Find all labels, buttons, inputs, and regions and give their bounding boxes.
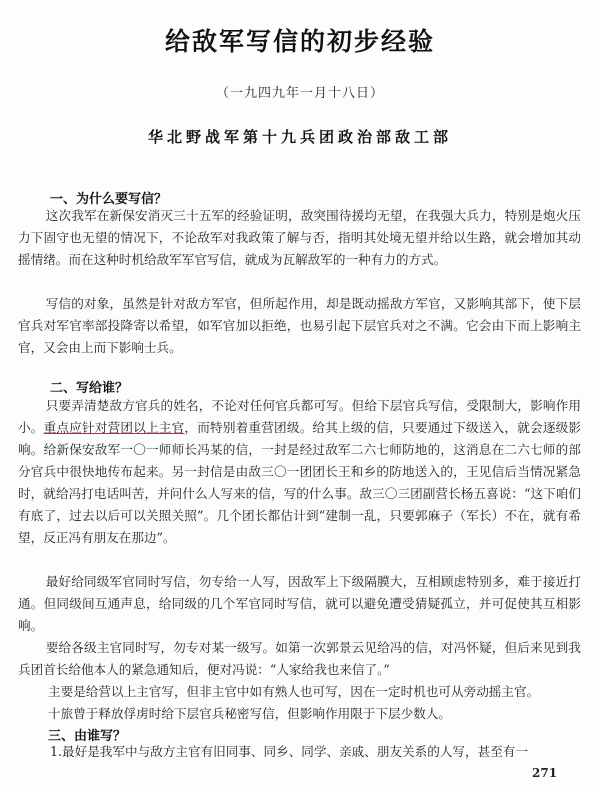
section-heading-2: 二、写给谁？ bbox=[50, 377, 128, 396]
paragraph: 1.最好是我军中与敌方主官有旧同事、同乡、同学、亲戚、朋友关系的人写，甚至有一 bbox=[50, 741, 581, 763]
underlined-emphasis: 重点应针对营团以上主官 bbox=[44, 420, 185, 435]
paragraph: 这次我军在新保安消灭三十五军的经验证明，敌突围待援均无望，在我强大兵力，特别是炮… bbox=[18, 205, 581, 271]
paragraph: 主要是给营以上主官写，但非主官中如有熟人也可写，因在一定时机也可从旁动摇主官。 bbox=[48, 681, 581, 703]
paragraph: 只要弄清楚敌方官兵的姓名，不论对任何官兵都可写。但给下层官兵写信，受限制大，影响… bbox=[18, 395, 581, 549]
page-number: 271 bbox=[532, 766, 557, 780]
paragraph: 最好给同级军官同时写信，勿专给一人写，因敌军上下级隔膜大，互相顾虑特别多，难于接… bbox=[18, 571, 581, 637]
paragraph: 十旅曾于释放俘虏时给下层官兵秘密写信，但影响作用限于下层少数人。 bbox=[48, 703, 581, 725]
paragraph: 要给各级主官同时写，勿专对某一级写。如第一次郭景云见给冯的信，对冯怀疑，但后来见… bbox=[18, 637, 581, 681]
document-author: 华北野战军第十九兵团政治部敌工部 bbox=[0, 126, 600, 147]
document-page: 给敌军写信的初步经验 （一九四九年一月十八日） 华北野战军第十九兵团政治部敌工部… bbox=[0, 0, 600, 788]
paragraph-text: ，而特别着重营团级。给其上级的信，只要通过下级送入，就会逐级影响。给新保安敌军一… bbox=[18, 420, 581, 545]
document-date: （一九四九年一月十八日） bbox=[0, 82, 600, 101]
paragraph: 写信的对象，虽然是针对敌方军官，但所起作用，却是既动摇敌方军官，又影响其部下，使… bbox=[18, 293, 581, 359]
document-title: 给敌军写信的初步经验 bbox=[0, 22, 600, 58]
